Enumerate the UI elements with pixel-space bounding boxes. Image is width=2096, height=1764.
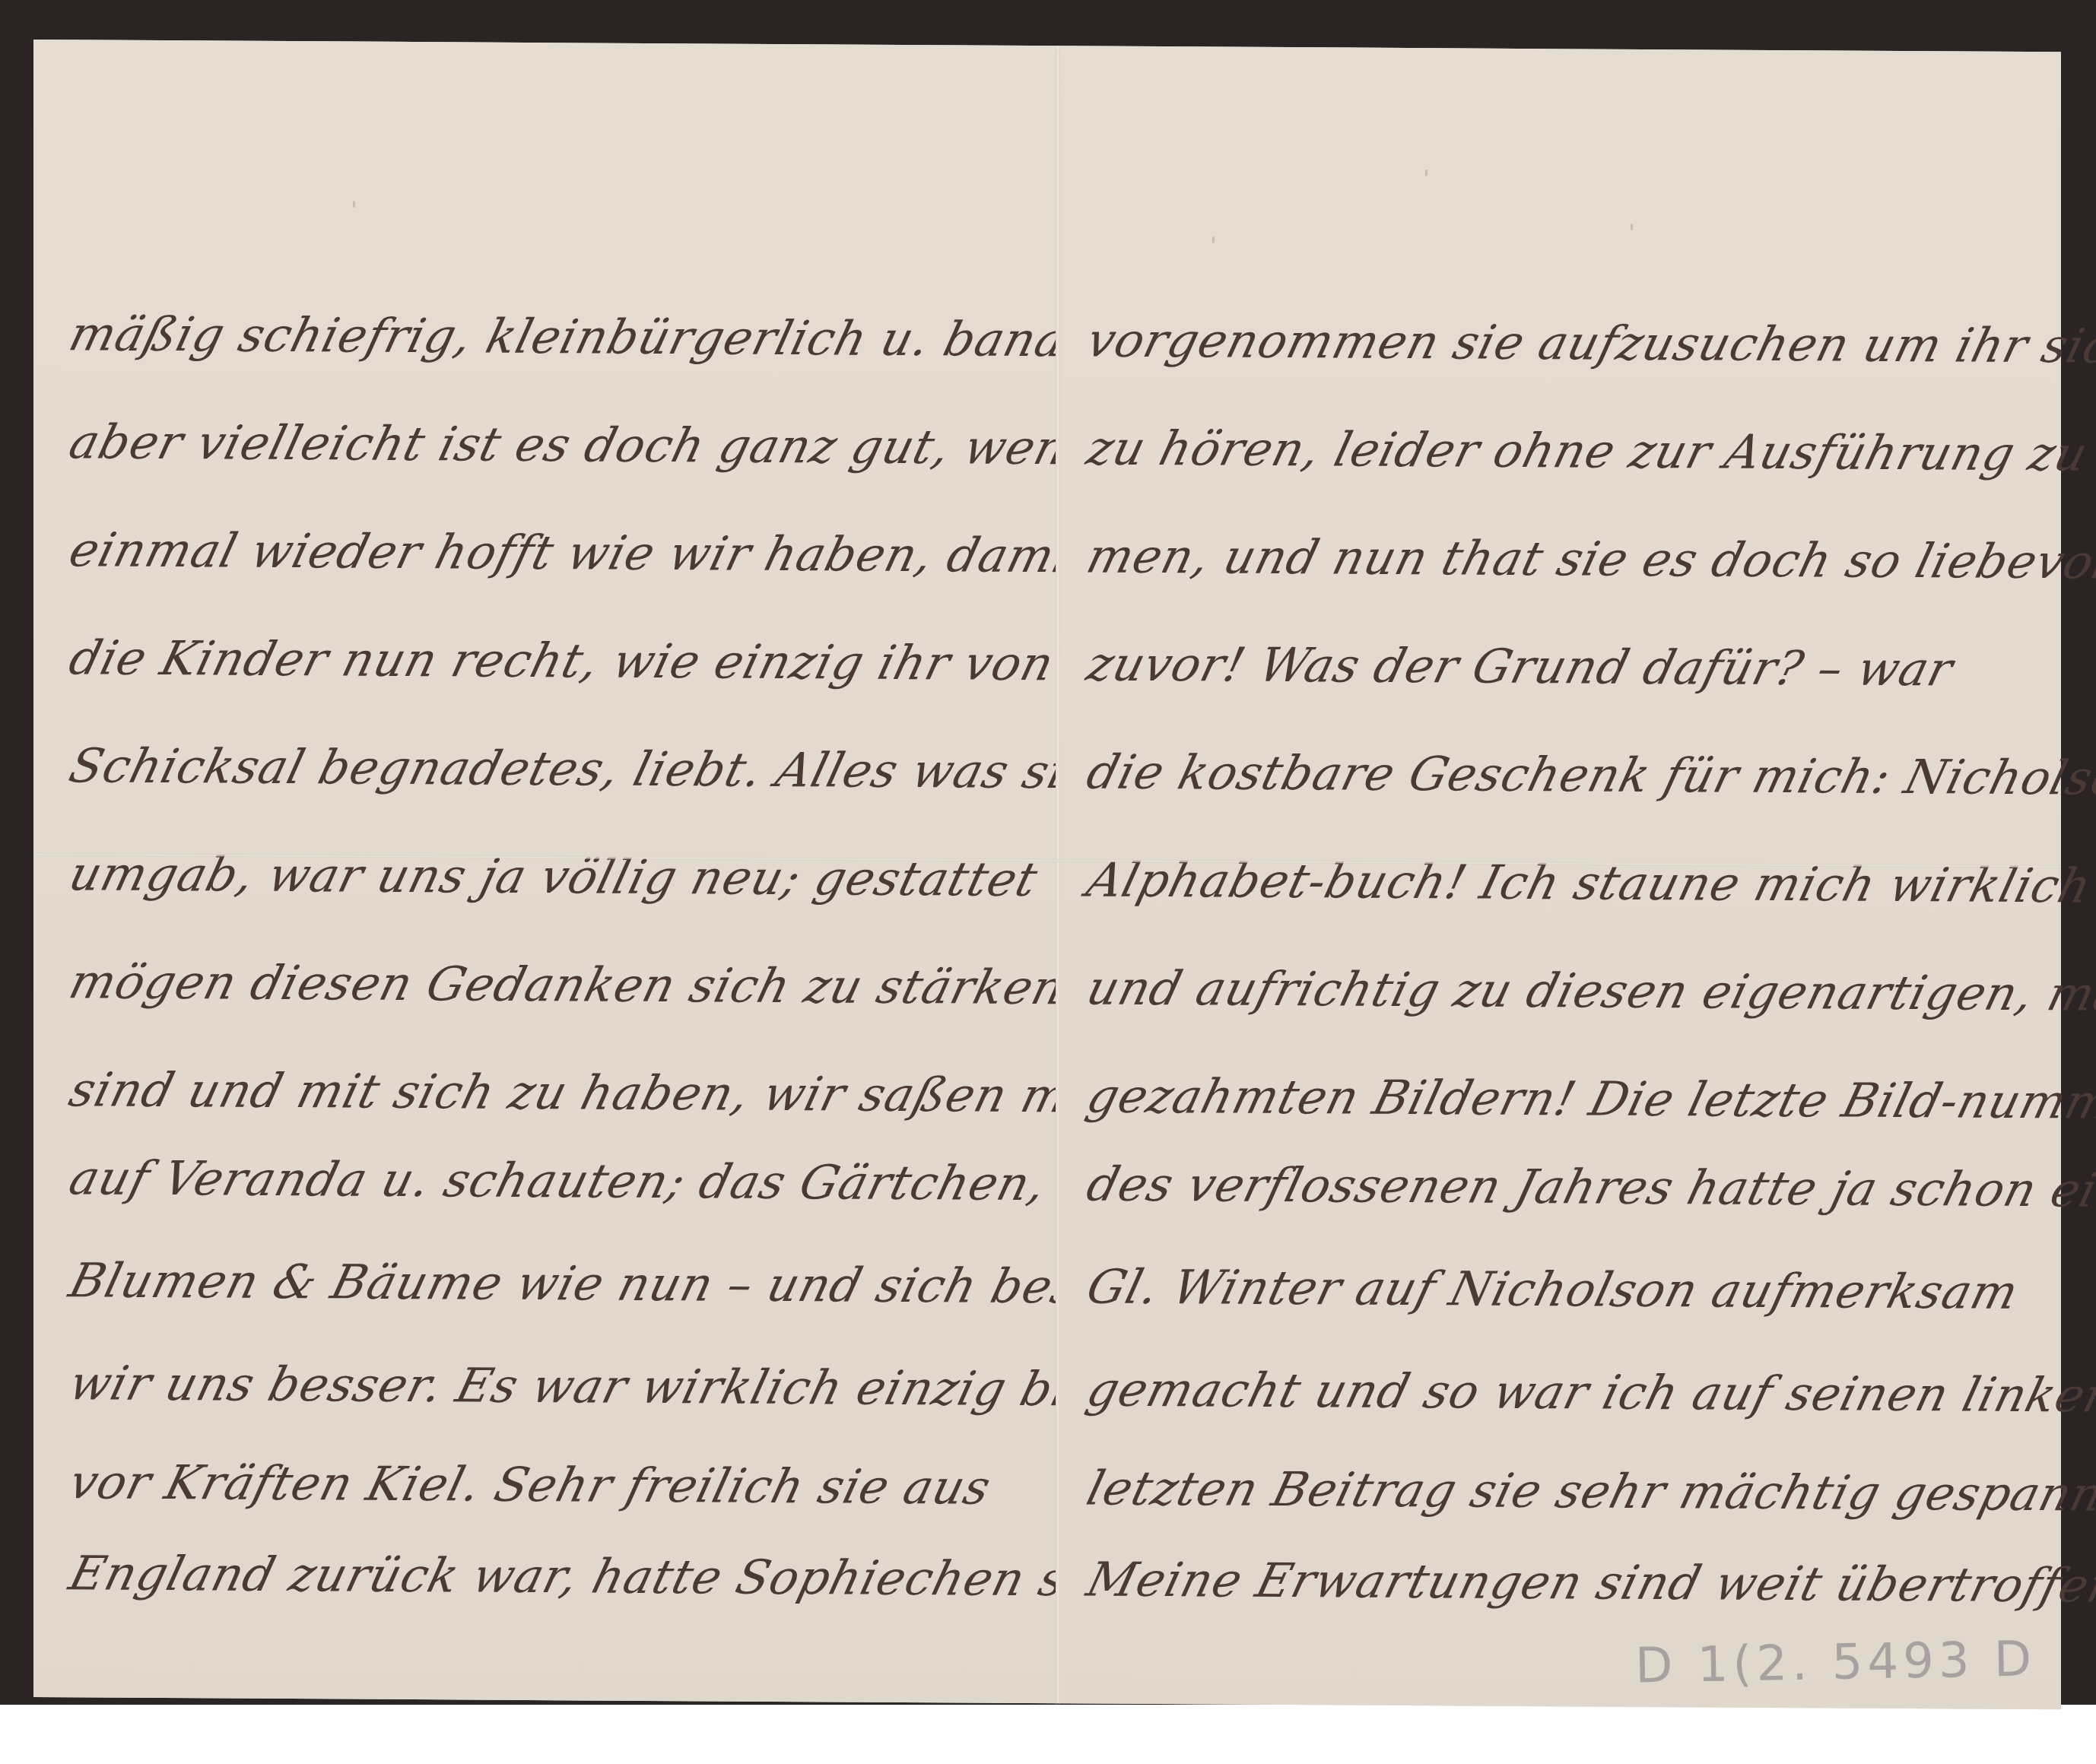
paper-speck bbox=[1212, 236, 1215, 243]
paper-speck bbox=[353, 201, 355, 208]
handwritten-line: Blumen & Bäume wie nun – und sich besser… bbox=[64, 1252, 1192, 1315]
archive-mark: D 1(2. 5493 D bbox=[1634, 1631, 2036, 1694]
handwritten-line: Schicksal begnadetes, liebt. Alles was s… bbox=[64, 738, 1130, 799]
handwritten-line: letzten Beitrag sie sehr mächtig gespann… bbox=[1081, 1461, 2096, 1522]
center-fold bbox=[1056, 46, 1060, 1703]
handwritten-line: die kostbare Geschenk für mich: Nicholso… bbox=[1081, 744, 2096, 807]
handwritten-line: vor Kräften Kiel. Sehr freilich sie aus bbox=[64, 1454, 996, 1515]
handwritten-line: Meine Erwartungen sind weit übertroffen bbox=[1081, 1552, 2096, 1613]
left-page: mäßig schiefrig, kleinbürgerlich u. bana… bbox=[33, 40, 1057, 1703]
right-page: vorgenommen sie aufzusuchen um ihr sich … bbox=[1059, 46, 2061, 1709]
handwritten-line: die Kinder nun recht, wie einzig ihr von bbox=[64, 630, 1060, 691]
handwritten-line: wir uns besser. Es war wirklich einzig b… bbox=[64, 1355, 1100, 1417]
handwritten-line: auf Veranda u. schauten; das Gärtchen, d… bbox=[64, 1150, 1143, 1211]
handwritten-line: men, und nun that sie es doch so liebevo… bbox=[1081, 528, 2096, 590]
handwritten-line: vorgenommen sie aufzusuchen um ihr sich bbox=[1081, 313, 2096, 374]
letter-sheet: mäßig schiefrig, kleinbürgerlich u. bana… bbox=[33, 40, 2061, 1709]
handwritten-line: gemacht und so war ich auf seinen linken bbox=[1081, 1362, 2096, 1423]
handwritten-line: einmal wieder hofft wie wir haben, damit bbox=[64, 522, 1096, 583]
handwritten-line: mäßig schiefrig, kleinbürgerlich u. bana… bbox=[64, 306, 1228, 368]
paper-speck bbox=[1425, 170, 1428, 176]
handwritten-line: sind und mit sich zu haben, wir saßen mi… bbox=[64, 1061, 1225, 1124]
handwritten-line: und aufrichtig zu diesen eigenartigen, m… bbox=[1081, 960, 2096, 1023]
handwritten-line: des verflossenen Jahres hatte ja schon e… bbox=[1081, 1156, 2096, 1220]
handwritten-line: Gl. Winter auf Nicholson aufmerksam bbox=[1081, 1259, 2025, 1320]
handwritten-line: gezahmten Bildern! Die letzte Bild-numme… bbox=[1081, 1068, 2096, 1131]
handwritten-line: zuvor! Was der Grund dafür? – war bbox=[1081, 636, 1959, 697]
handwritten-line: zu hören, leider ohne zur Ausführung zu … bbox=[1081, 420, 2096, 483]
paper-speck bbox=[1631, 224, 1633, 230]
